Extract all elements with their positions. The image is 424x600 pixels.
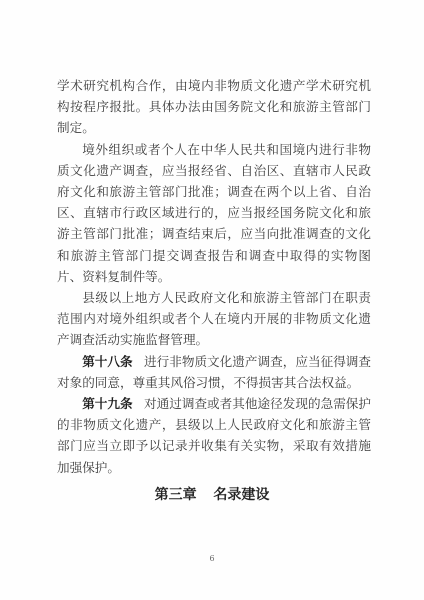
document-page: 学术研究机构合作，由境内非物质文化遗产学术研究机构按程序报批。具体办法由国务院文… [0,0,424,600]
chapter-heading: 第三章名录建设 [0,484,424,504]
chapter-title-text: 名录建设 [213,487,269,503]
article-number: 第十九条 [82,396,132,411]
page-number: 6 [0,554,424,563]
article-number: 第十八条 [82,354,132,369]
paragraph-foreign-survey: 境外组织或者个人在中华人民共和国境内进行非物质文化遗产调查，应当报经省、自治区、… [57,139,371,287]
article-19: 第十九条对通过调查或者其他途径发现的急需保护的非物质文化遗产，县级以上人民政府文… [57,393,371,478]
article-18: 第十八条进行非物质文化遗产调查，应当征得调查对象的同意，尊重其风俗习惯，不得损害… [57,351,371,393]
paragraph-continuation: 学术研究机构合作，由境内非物质文化遗产学术研究机构按程序报批。具体办法由国务院文… [57,75,371,139]
body-text: 学术研究机构合作，由境内非物质文化遗产学术研究机构按程序报批。具体办法由国务院文… [57,75,371,478]
paragraph-supervision: 县级以上地方人民政府文化和旅游主管部门在职责范围内对境外组织或者个人在境内开展的… [57,287,371,351]
chapter-number: 第三章 [155,487,197,503]
